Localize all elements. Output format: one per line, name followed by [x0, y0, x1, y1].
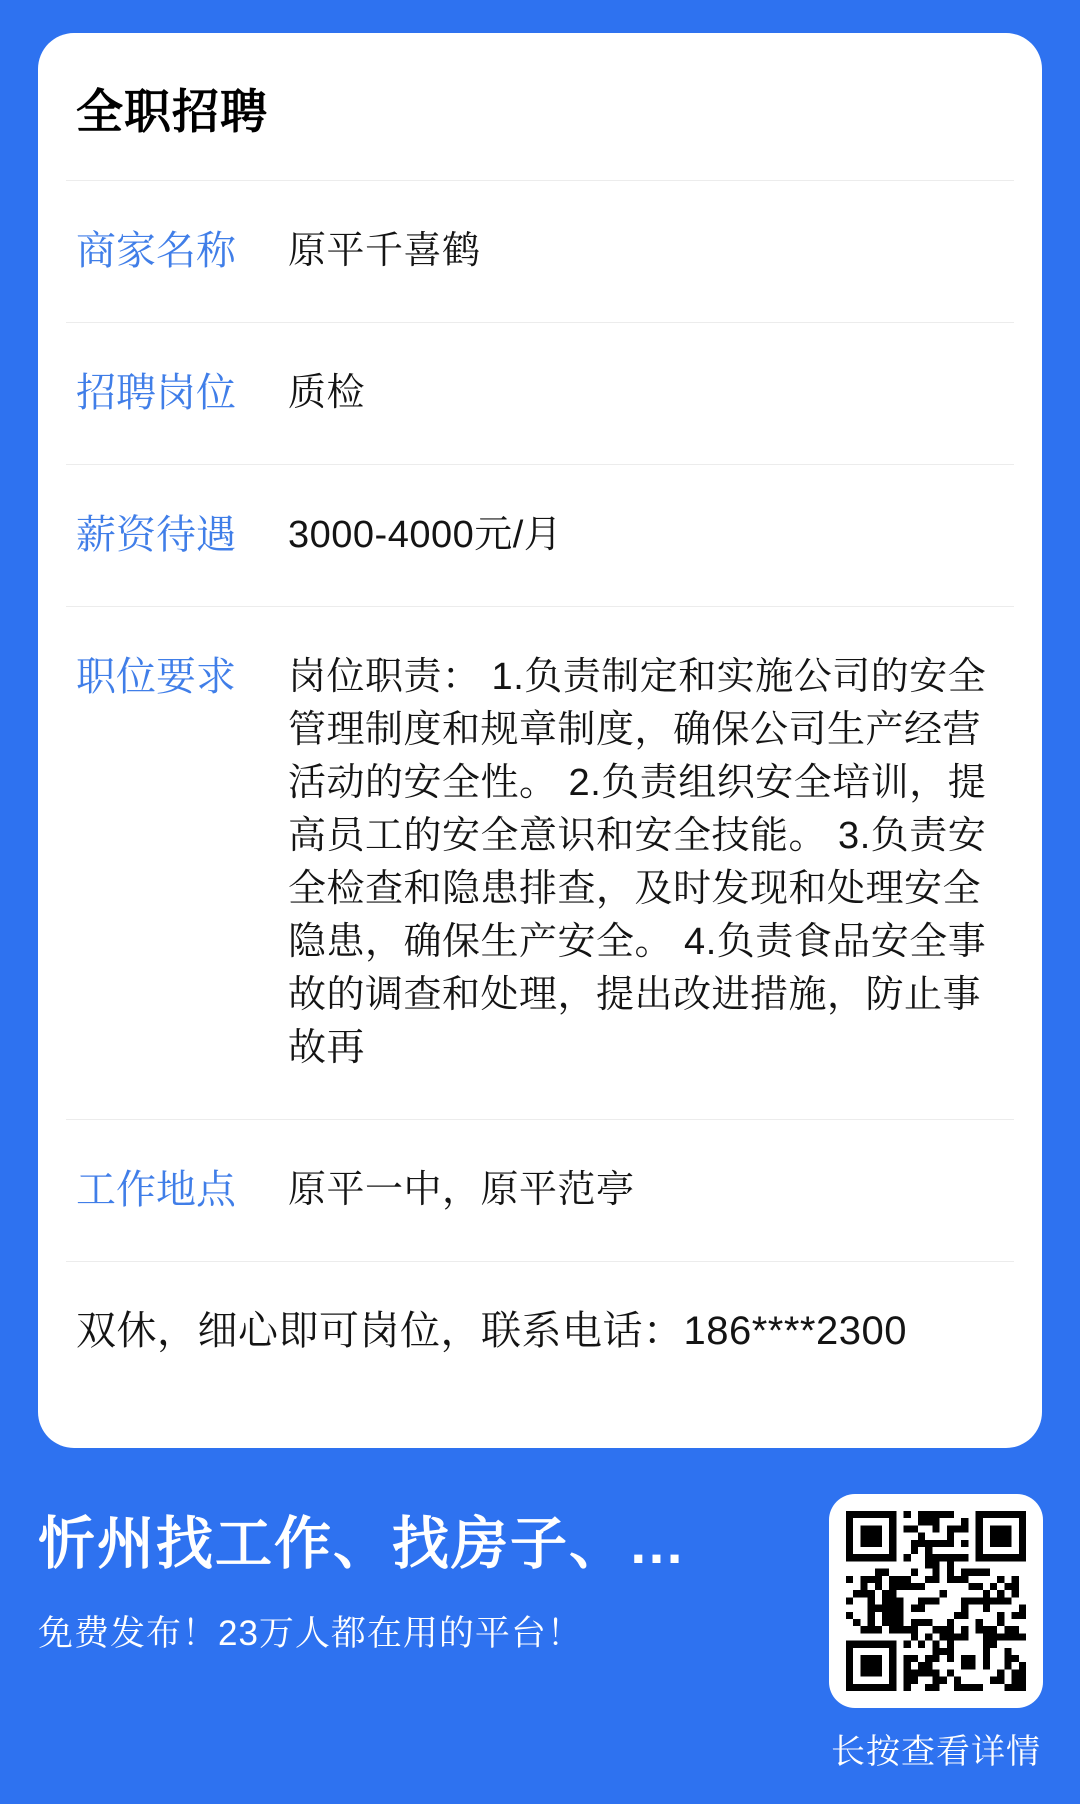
position-value: 质检: [288, 367, 1004, 420]
location-label: 工作地点: [76, 1164, 254, 1217]
business-name-label: 商家名称: [76, 225, 254, 278]
row-business-name: 商家名称 原平千喜鹤: [66, 180, 1014, 322]
row-salary: 薪资待遇 3000-4000元/月: [66, 464, 1014, 606]
requirements-label: 职位要求: [76, 651, 254, 704]
promo-title: 忻州找工作、找房子、…: [38, 1498, 829, 1580]
position-label: 招聘岗位: [76, 367, 254, 420]
row-position: 招聘岗位 质检: [66, 322, 1014, 464]
row-requirements: 职位要求 岗位职责： 1.负责制定和实施公司的安全管理制度和规章制度，确保公司生…: [66, 606, 1014, 1119]
job-post-card: 全职招聘 商家名称 原平千喜鹤 招聘岗位 质检 薪资待遇 3000-4000元/…: [38, 33, 1042, 1448]
requirements-value: 岗位职责： 1.负责制定和实施公司的安全管理制度和规章制度，确保公司生产经营活动…: [288, 651, 1004, 1075]
page-title: 全职招聘: [66, 33, 1014, 180]
qr-code-icon: [846, 1511, 1026, 1691]
promo-banner: 忻州找工作、找房子、… 免费发布！23万人都在用的平台！ 长按查看详情: [0, 1448, 1080, 1773]
row-location: 工作地点 原平一中，原平范亭: [66, 1119, 1014, 1261]
promo-text-block: 忻州找工作、找房子、… 免费发布！23万人都在用的平台！: [38, 1494, 829, 1656]
promo-subtitle: 免费发布！23万人都在用的平台！: [38, 1606, 829, 1656]
salary-value: 3000-4000元/月: [288, 509, 1004, 562]
contact-note: 双休，细心即可岗位，联系电话：186****2300: [66, 1261, 1014, 1412]
location-value: 原平一中，原平范亭: [288, 1164, 1004, 1217]
qr-caption: 长按查看详情: [831, 1724, 1041, 1773]
qr-block: 长按查看详情: [829, 1494, 1043, 1773]
business-name-value: 原平千喜鹤: [288, 225, 1004, 278]
salary-label: 薪资待遇: [76, 509, 254, 562]
qr-code[interactable]: [829, 1494, 1043, 1708]
